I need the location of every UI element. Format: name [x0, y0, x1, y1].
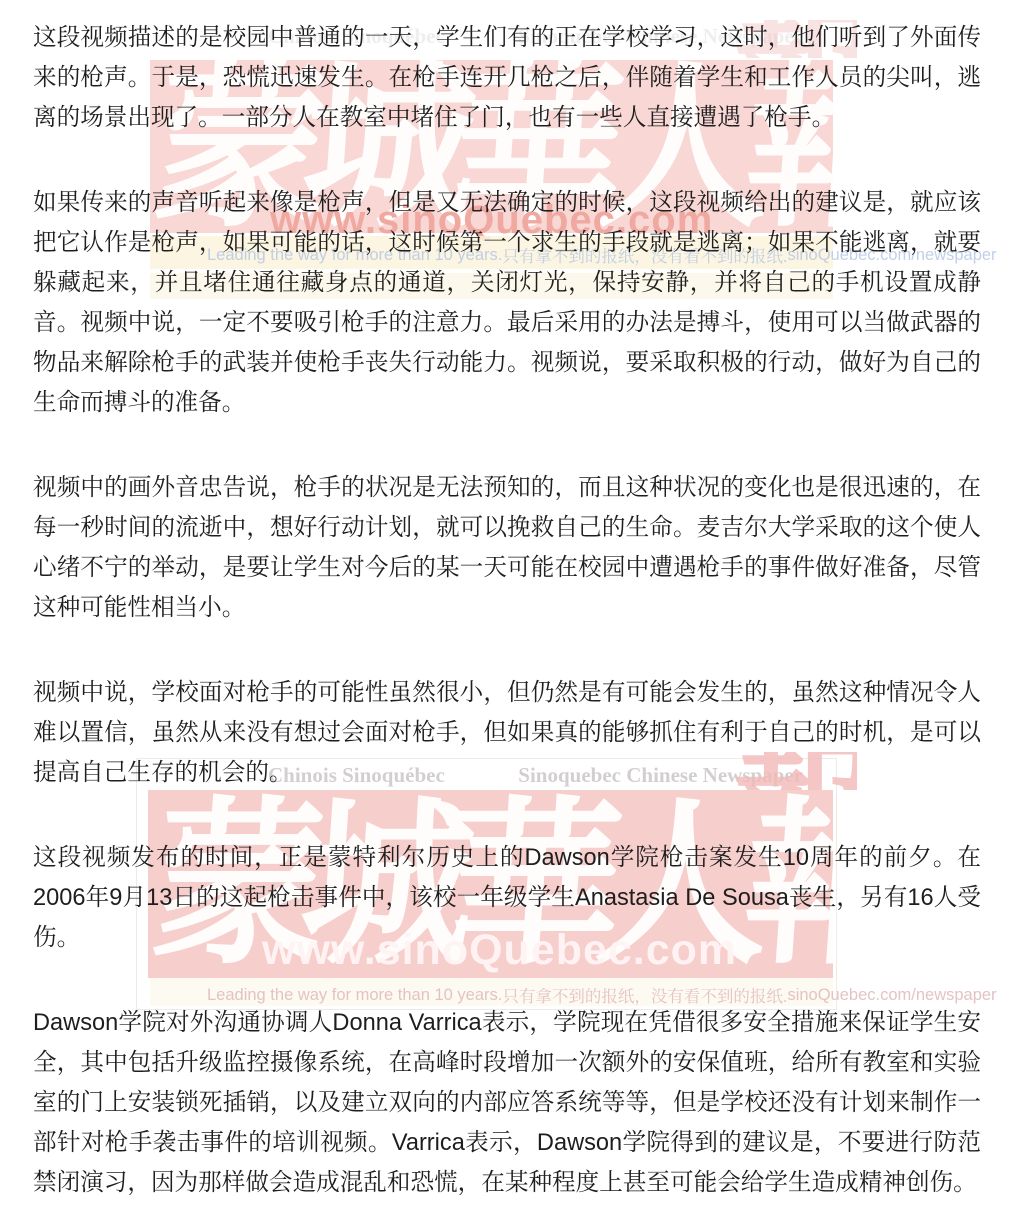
article-page: Chinois Sinoquébec Sinoquebec Chinese Ne… [0, 0, 1014, 1223]
article-paragraph: 视频中的画外音忠告说，枪手的状况是无法预知的，而且这种状况的变化也是很迅速的，在… [33, 468, 981, 628]
article-paragraph: 视频中说，学校面对枪手的可能性虽然很小，但仍然是有可能会发生的，虽然这种情况令人… [33, 673, 981, 793]
article-body: 这段视频描述的是校园中普通的一天，学生们有的正在学校学习，这时，他们听到了外面传… [33, 18, 981, 1203]
article-paragraph: 如果传来的声音听起来像是枪声，但是又无法确定的时候，这段视频给出的建议是，就应该… [33, 183, 981, 423]
article-paragraph: 这段视频描述的是校园中普通的一天，学生们有的正在学校学习，这时，他们听到了外面传… [33, 18, 981, 138]
article-paragraph: 这段视频发布的时间，正是蒙特利尔历史上的Dawson学院枪击案发生10周年的前夕… [33, 838, 981, 958]
article-paragraph: Dawson学院对外沟通协调人Donna Varrica表示，学院现在凭借很多安… [33, 1003, 981, 1203]
